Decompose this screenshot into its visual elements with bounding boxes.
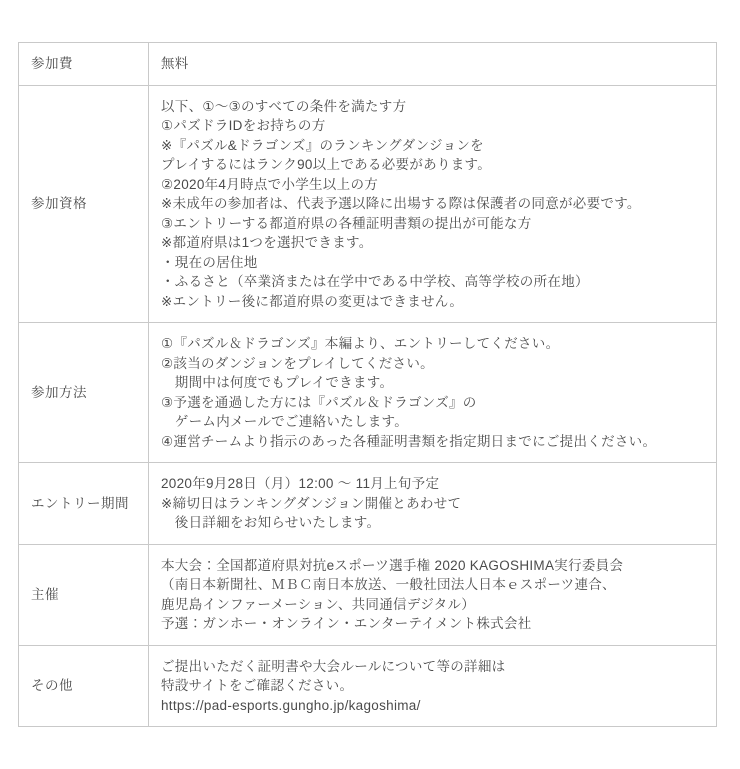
row-value-other: ご提出いただく証明書や大会ルールについて等の詳細は 特設サイトをご確認ください。… (149, 646, 716, 727)
row-value-organizer: 本大会：全国都道府県対抗eスポーツ選手権 2020 KAGOSHIMA実行委員会… (149, 545, 716, 645)
row-header-entry-fee: 参加費 (19, 43, 149, 85)
row-header-eligibility: 参加資格 (19, 86, 149, 323)
table-row-other: その他 ご提出いただく証明書や大会ルールについて等の詳細は 特設サイトをご確認く… (19, 646, 716, 727)
row-header-entry-period: エントリー期間 (19, 463, 149, 544)
table-row-eligibility: 参加資格 以下、①～③のすべての条件を満たす方 ①パズドラIDをお持ちの方 ※『… (19, 86, 716, 324)
table-row-entry-fee: 参加費 無料 (19, 43, 716, 86)
row-header-how-to-enter: 参加方法 (19, 323, 149, 462)
row-value-entry-period: 2020年9月28日（月）12:00 ～ 11月上旬予定 ※締切日はランキングダ… (149, 463, 716, 544)
row-header-other: その他 (19, 646, 149, 727)
row-value-eligibility: 以下、①～③のすべての条件を満たす方 ①パズドラIDをお持ちの方 ※『パズル&ド… (149, 86, 716, 323)
table-row-entry-period: エントリー期間 2020年9月28日（月）12:00 ～ 11月上旬予定 ※締切… (19, 463, 716, 545)
row-value-how-to-enter: ①『パズル＆ドラゴンズ』本編より、エントリーしてください。 ②該当のダンジョンを… (149, 323, 716, 462)
tournament-info-table: 参加費 無料 参加資格 以下、①～③のすべての条件を満たす方 ①パズドラIDをお… (18, 42, 717, 727)
table-row-organizer: 主催 本大会：全国都道府県対抗eスポーツ選手権 2020 KAGOSHIMA実行… (19, 545, 716, 646)
table-row-how-to-enter: 参加方法 ①『パズル＆ドラゴンズ』本編より、エントリーしてください。 ②該当のダ… (19, 323, 716, 463)
row-value-entry-fee: 無料 (149, 43, 716, 85)
row-header-organizer: 主催 (19, 545, 149, 645)
